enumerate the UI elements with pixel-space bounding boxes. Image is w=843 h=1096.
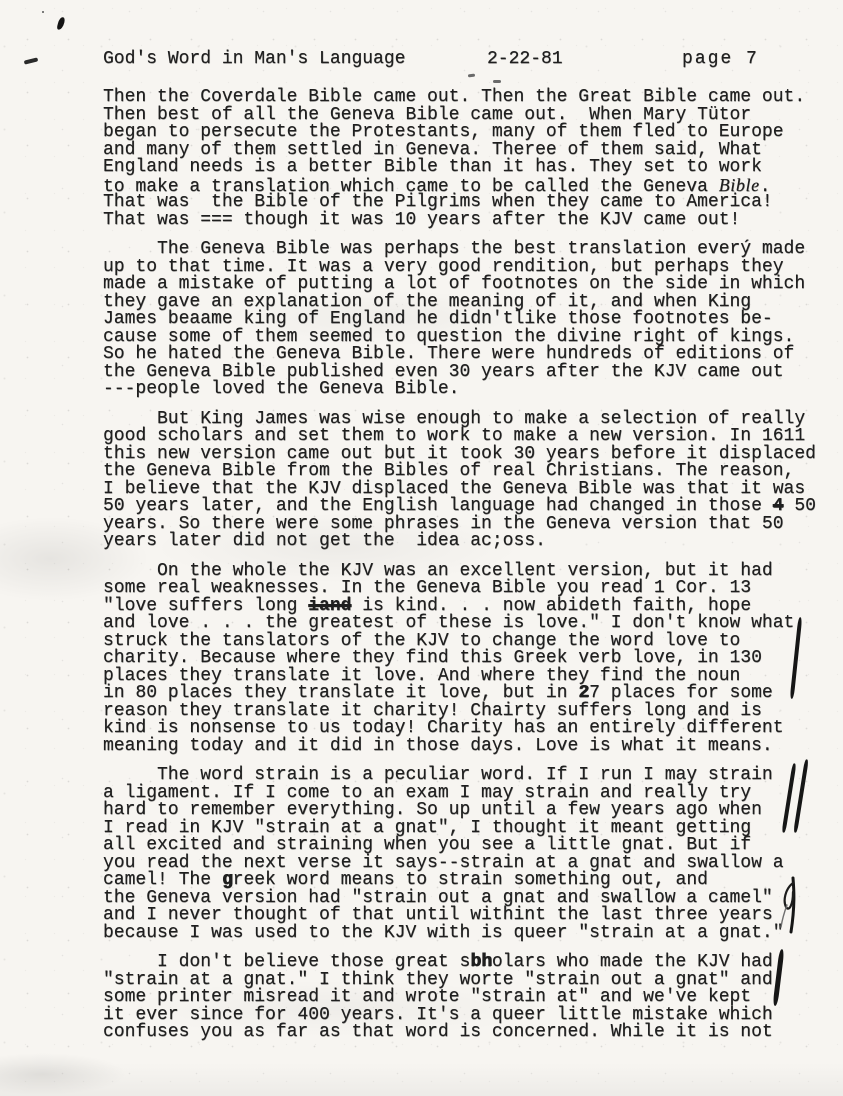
text-line: and love . . . the greatest of these is … — [103, 615, 839, 633]
text-line: Then the Coverdale Bible came out. Then … — [103, 89, 839, 107]
ink-speck-comma — [57, 16, 66, 30]
text-line: some printer misread it and wrote "strai… — [103, 989, 839, 1007]
text-line: the Geneva Bible from the Bibles of real… — [103, 463, 839, 481]
text-line: 50 years later, and the English language… — [103, 498, 839, 516]
text-line: began to persecute the Protestants, many… — [103, 124, 839, 142]
paragraph: I don't believe those great sbholars who… — [103, 954, 839, 1042]
text-line: good scholars and set them to work to ma… — [103, 428, 839, 446]
overstruck-word: bh — [470, 952, 492, 972]
text-line: meaning today and it did in those days. … — [103, 738, 839, 756]
text-line: years later did not get the idea ac;oss. — [103, 533, 839, 551]
text-line: all excited and straining when you see a… — [103, 837, 839, 855]
text-line: The word strain is a peculiar word. If I… — [103, 767, 839, 785]
text-line: James beaame king of England he didn'tli… — [103, 311, 839, 329]
text-line: ---people loved the Geneva Bible. — [103, 381, 839, 399]
ink-speck-under-date-1 — [468, 74, 475, 78]
text-line: because I was used to the KJV with is qu… — [103, 925, 839, 943]
paragraph: But King James was wise enough to make a… — [103, 411, 839, 551]
text-line: charity. Because where they find this Gr… — [103, 650, 839, 668]
text-line: in 80 places they translate it love, but… — [103, 685, 839, 703]
ink-speck-dot — [42, 11, 44, 13]
paragraph: The word strain is a peculiar word. If I… — [103, 767, 839, 942]
paragraph: Then the Coverdale Bible came out. Then … — [103, 89, 839, 229]
text-line: So he hated the Geneva Bible. There were… — [103, 346, 839, 364]
page-number: page 7 — [682, 51, 759, 69]
scanned-typescript-page: God's Word in Man's Language 2-22-81 pag… — [0, 0, 843, 1096]
document-body: Then the Coverdale Bible came out. Then … — [103, 89, 839, 1054]
paragraph: The Geneva Bible was perhaps the best tr… — [103, 241, 839, 399]
overstruck-word: g — [222, 870, 233, 890]
document-title: God's Word in Man's Language — [103, 51, 405, 69]
overstruck-word: 2 — [578, 683, 589, 703]
text-line: confuses you as far as that word is conc… — [103, 1024, 839, 1042]
text-line: some real weaknesses. In the Geneva Bibl… — [103, 580, 839, 598]
text-line: I don't believe those great sbholars who… — [103, 954, 839, 972]
pen-mark-loop-scribble — [779, 874, 805, 938]
text-line: kind is nonsense to us today! Charity ha… — [103, 720, 839, 738]
text-line: The Geneva Bible was perhaps the best tr… — [103, 241, 839, 259]
text-line: hard to remember everything. So up until… — [103, 802, 839, 820]
ink-speck-dash — [24, 57, 39, 64]
text-line: That was the Bible of the Pilgrims when … — [103, 194, 839, 212]
text-line: made a mistake of putting a lot of footn… — [103, 276, 839, 294]
text-line: That was === though it was 10 years afte… — [103, 212, 839, 230]
text-line: and I never thought of that until within… — [103, 907, 839, 925]
text-line: camel! The greek word means to strain so… — [103, 872, 839, 890]
paragraph: On the whole the KJV was an excellent ve… — [103, 563, 839, 756]
overstruck-word: 4 — [773, 496, 784, 516]
ink-speck-under-date-2 — [493, 80, 501, 83]
document-date: 2-22-81 — [487, 51, 563, 69]
